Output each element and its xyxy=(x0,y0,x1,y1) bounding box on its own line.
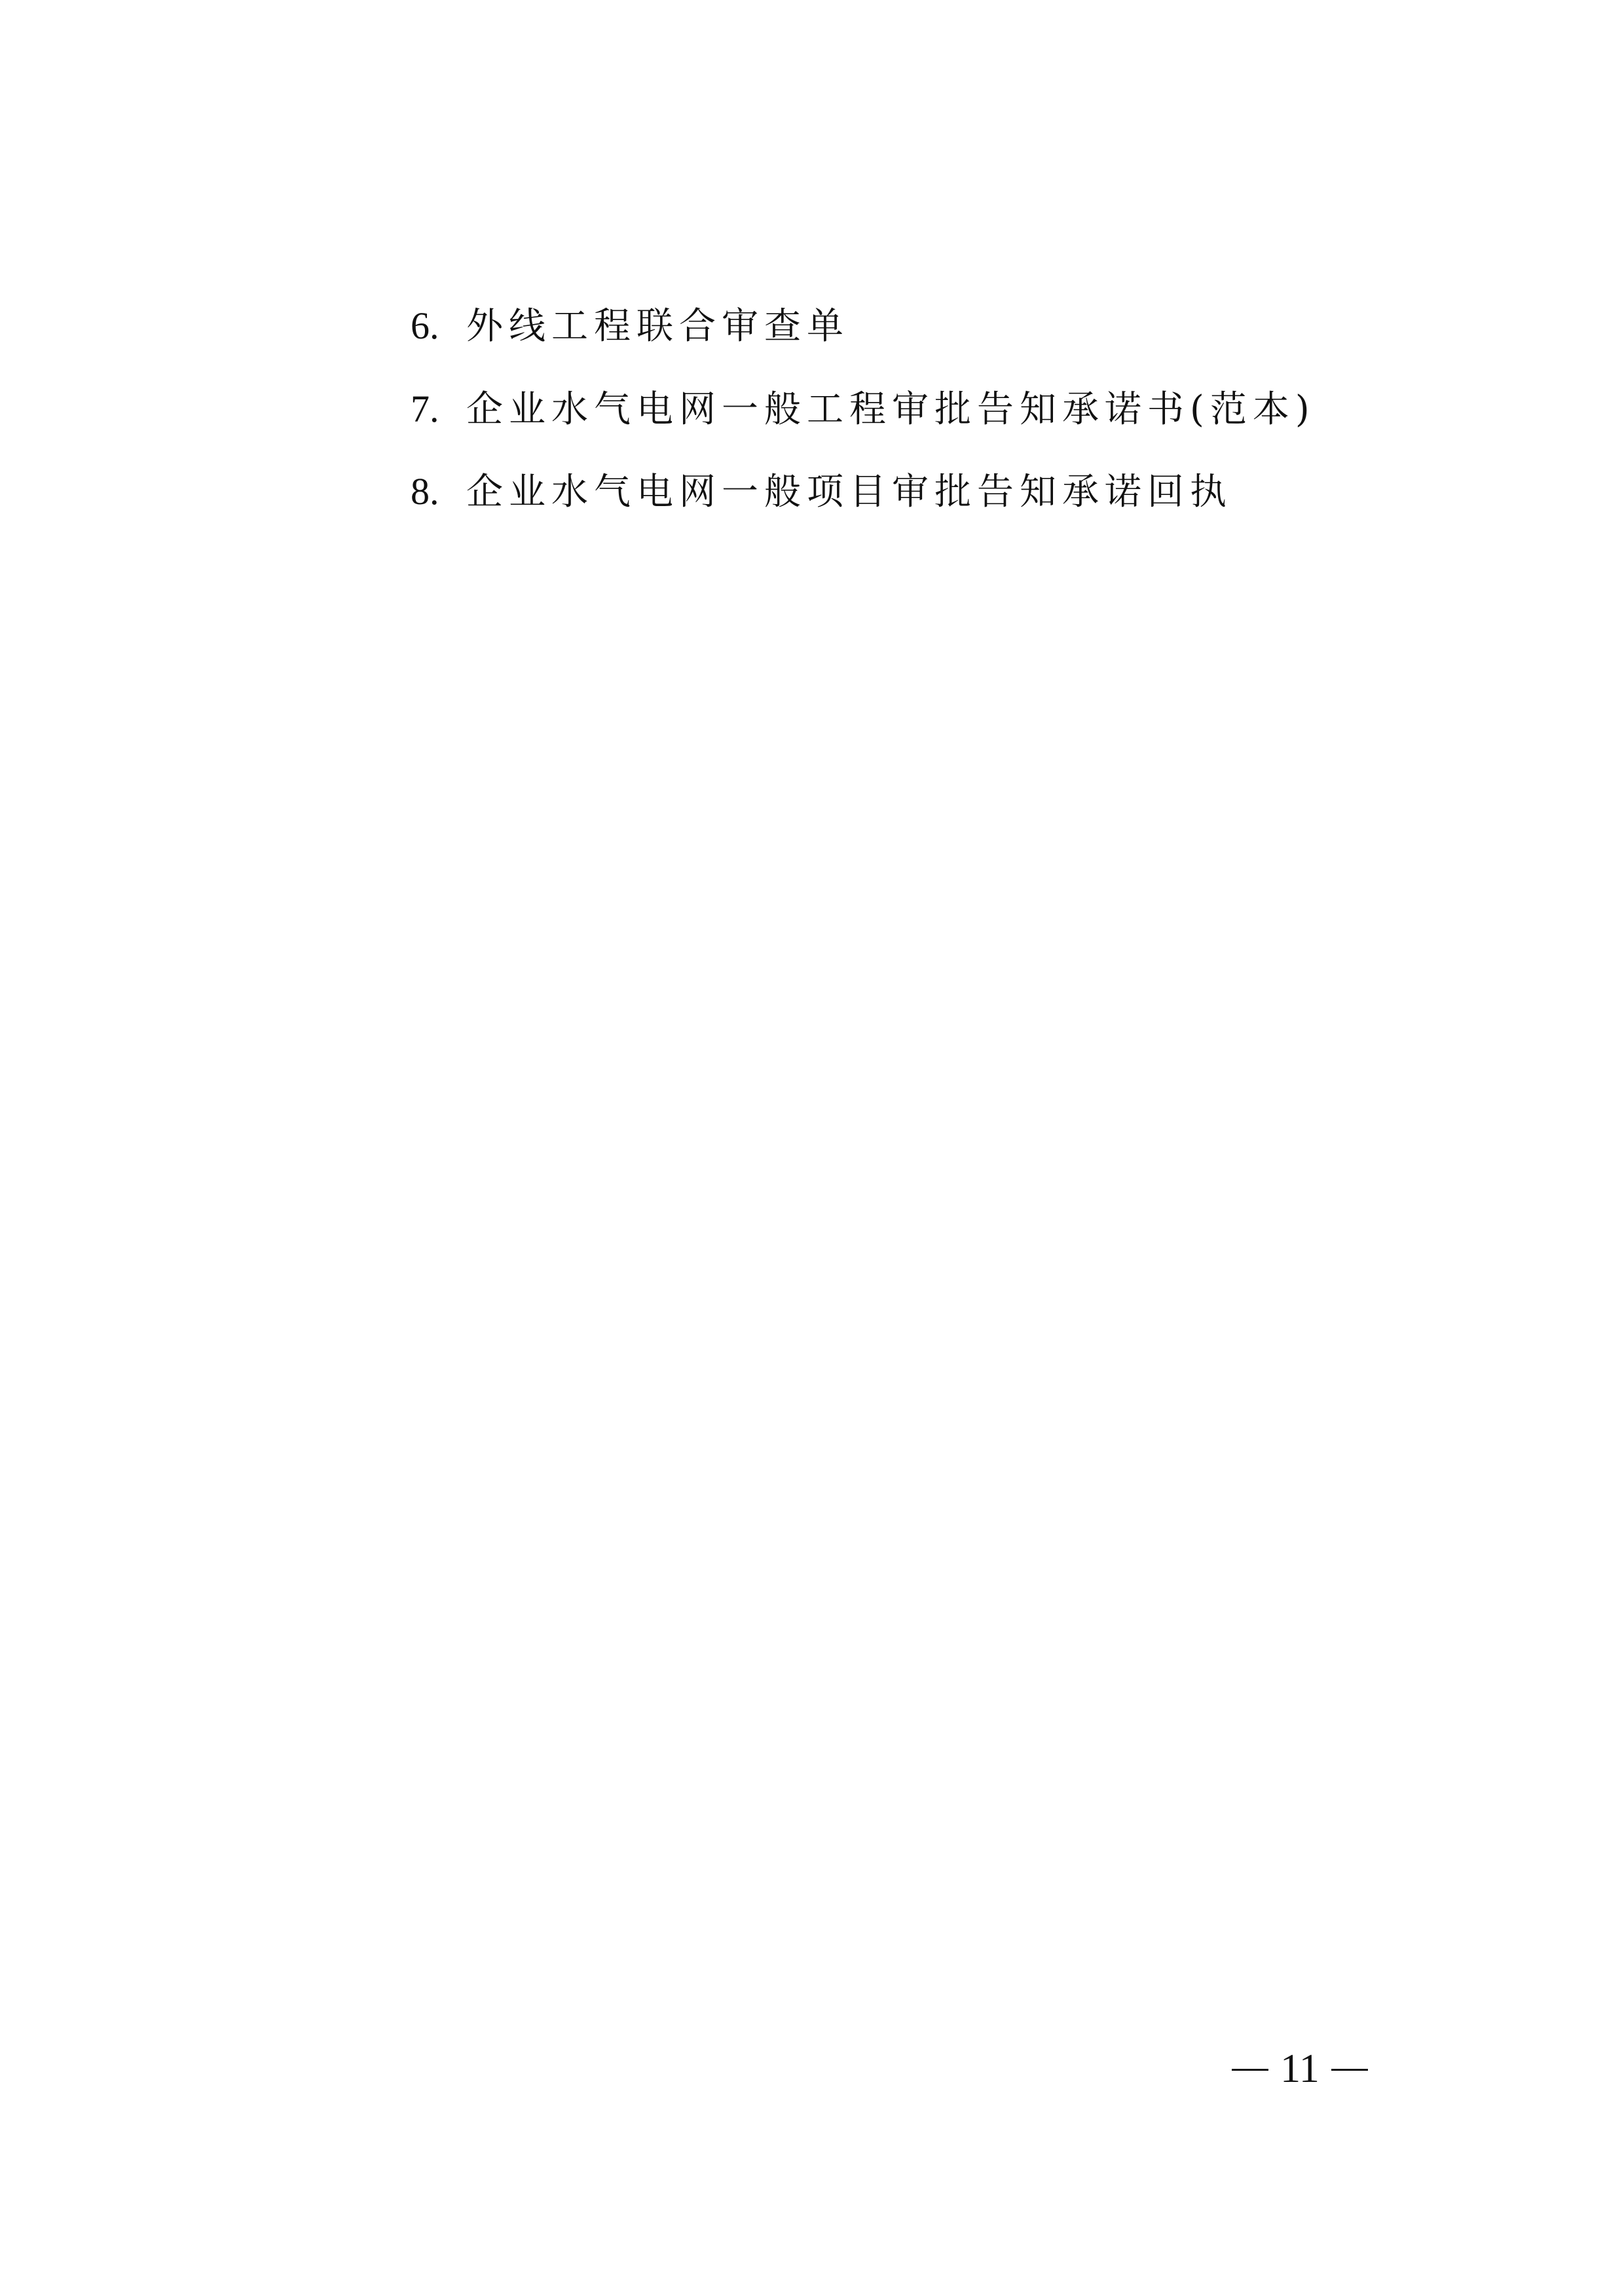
dash-right-decoration xyxy=(1331,2069,1368,2071)
attachment-list: 6. 外线工程联合审查单 7. 企业水气电网一般工程审批告知承诺书(范本) 8.… xyxy=(411,300,1316,549)
page-number: 11 xyxy=(1280,2047,1319,2091)
attachment-title: 外线工程联合审查单 xyxy=(466,301,849,353)
attachment-number: 8. xyxy=(411,465,466,518)
attachment-item-7: 7. 企业水气电网一般工程审批告知承诺书(范本) xyxy=(411,383,1316,466)
page-number-footer: 11 xyxy=(1218,2043,1382,2095)
dash-left-decoration xyxy=(1232,2069,1268,2071)
attachment-item-6: 6. 外线工程联合审查单 xyxy=(411,300,1316,383)
attachment-title: 企业水气电网一般项目审批告知承诺回执 xyxy=(466,466,1232,519)
attachment-item-8: 8. 企业水气电网一般项目审批告知承诺回执 xyxy=(411,465,1316,549)
document-page: 6. 外线工程联合审查单 7. 企业水气电网一般工程审批告知承诺书(范本) 8.… xyxy=(0,0,1624,2296)
attachment-number: 6. xyxy=(411,300,466,352)
attachment-number: 7. xyxy=(411,383,466,435)
attachment-title: 企业水气电网一般工程审批告知承诺书(范本) xyxy=(466,384,1316,436)
